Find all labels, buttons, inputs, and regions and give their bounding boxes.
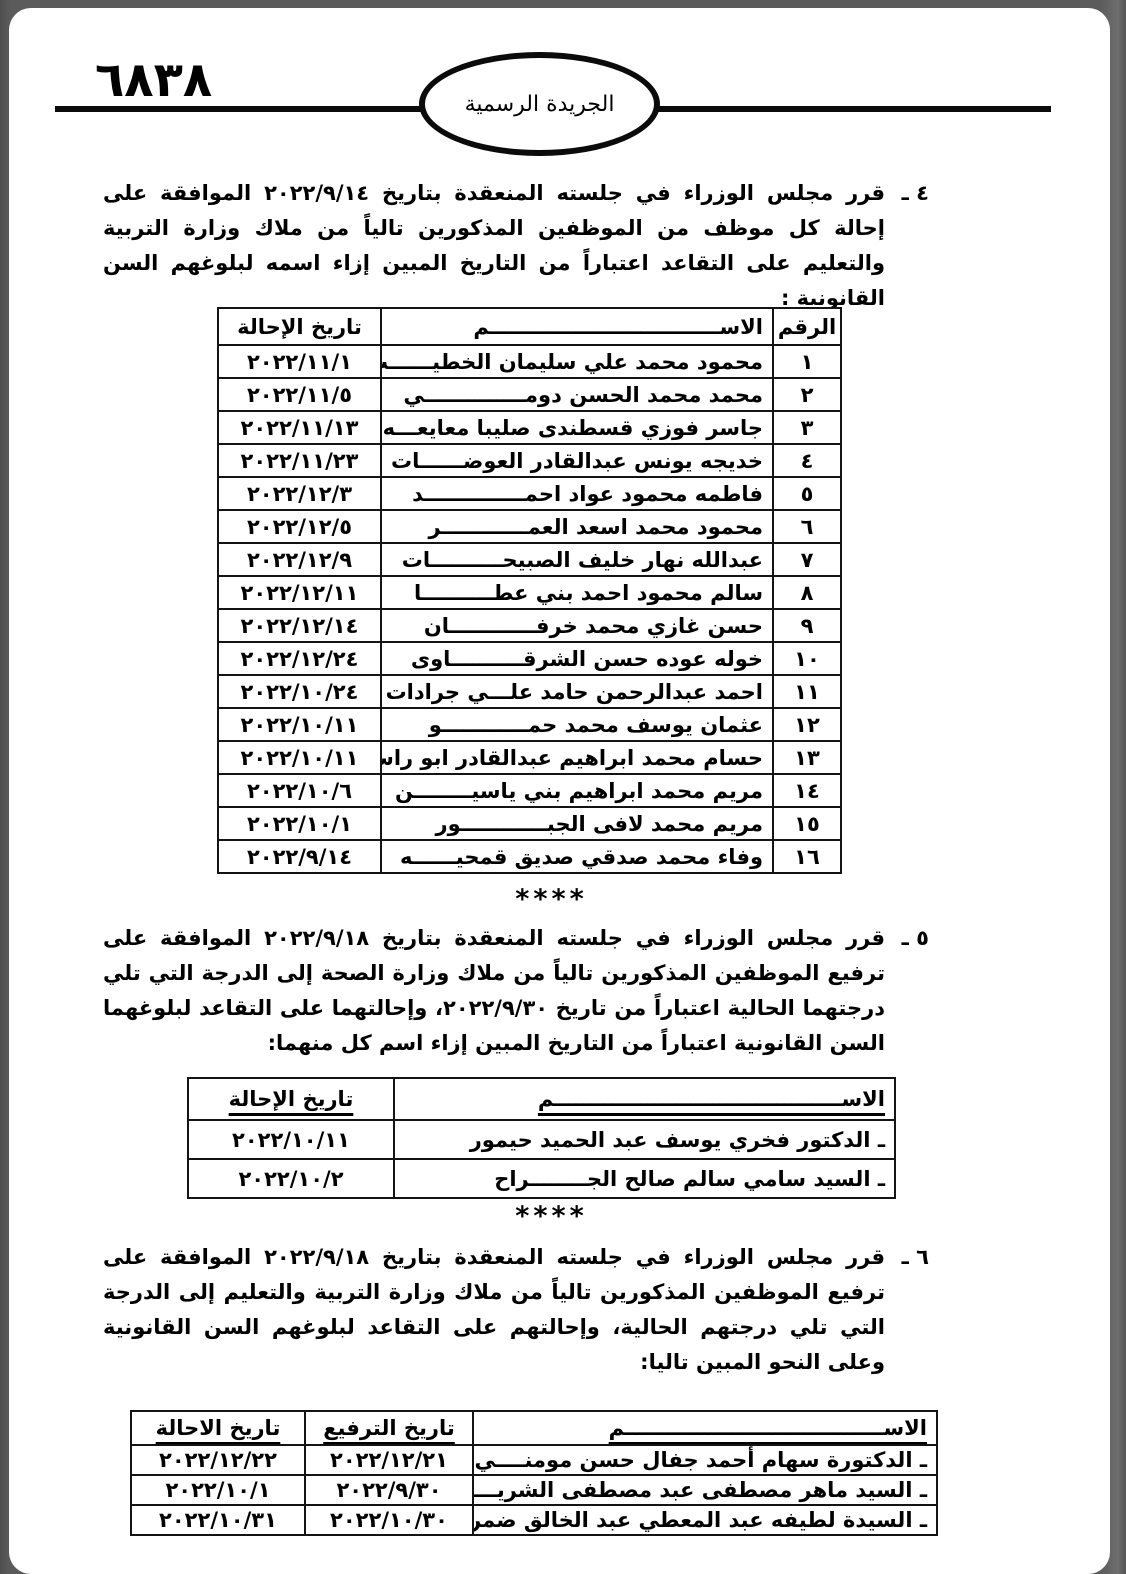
table-cell-num: ١٤ <box>773 774 841 807</box>
table-cell-name: ـ السيد ماهر مصطفى عبد مصطفى الشريــــف <box>473 1475 937 1505</box>
table-cell-num: ٨ <box>773 576 841 609</box>
column-header-referral-date: تاريخ الإحالة <box>188 1078 394 1120</box>
education-table-header-row: الاســــــــــــــــــــــــــــــــــــ… <box>131 1411 937 1445</box>
section-separator-stars: **** <box>9 1201 1094 1232</box>
table-cell-name: مريم محمد ابراهيم بني ياسيــــــــن <box>381 774 773 807</box>
decree-6-number: ٦ ـ <box>891 1240 929 1380</box>
decree-4: ٤ ـ قرر مجلس الوزراء في جلسته المنعقدة ب… <box>103 176 929 316</box>
column-header-referral-date: تاريخ الإحالة <box>218 308 381 345</box>
gazette-title-ellipse: الجريدة الرسمية <box>419 52 660 156</box>
table-cell-name: محمود محمد علي سليمان الخطيــــــب <box>381 345 773 378</box>
table-cell-name: وفاء محمد صدقي صديق قمحيــــــه <box>381 840 773 873</box>
table-cell-num: ٣ <box>773 411 841 444</box>
table-cell-date: ٢٠٢٢/١١/٥ <box>218 378 381 411</box>
table-row: ٢محمد محمد الحسن دومــــــــــــــي٢٠٢٢/… <box>218 378 841 411</box>
table-row: ١٢عثمان يوسف محمد حمــــــــــــو٢٠٢٢/١٠… <box>218 708 841 741</box>
table-cell-num: ١٠ <box>773 642 841 675</box>
retirement-table: الرقم الاســــــــــــــــــــــــــــــ… <box>217 307 842 874</box>
table-row: ٩حسن غازي محمد خرفــــــــــــان٢٠٢٢/١٢/… <box>218 609 841 642</box>
table-cell-promo: ٢٠٢٢/١٠/٣٠ <box>305 1505 473 1535</box>
table-cell-date: ٢٠٢٢/١٢/١١ <box>218 576 381 609</box>
table-cell-num: ٦ <box>773 510 841 543</box>
table-cell-ref: ٢٠٢٢/١٠/١ <box>131 1475 305 1505</box>
column-header-number: الرقم <box>773 308 841 345</box>
table-row: ٧عبدالله نهار خليف الصبيحــــــــــات٢٠٢… <box>218 543 841 576</box>
education-promotion-table: الاســــــــــــــــــــــــــــــــــــ… <box>130 1410 938 1536</box>
table-row: ١محمود محمد علي سليمان الخطيــــــب٢٠٢٢/… <box>218 345 841 378</box>
health-promotion-table: الاســــــــــــــــــــــــــــــــــــ… <box>187 1077 896 1199</box>
table-cell-name: سالم محمود احمد بني عطــــــــــا <box>381 576 773 609</box>
retirement-table-header-row: الرقم الاســــــــــــــــــــــــــــــ… <box>218 308 841 345</box>
health-table-body: ـ الدكتور فخري يوسف عبد الحميد حيمور٢٠٢٢… <box>188 1120 895 1198</box>
table-row: ١٤مريم محمد ابراهيم بني ياسيــــــــن٢٠٢… <box>218 774 841 807</box>
table-cell-date: ٢٠٢٢/١١/٢٣ <box>218 444 381 477</box>
table-row: ٦محمود محمد اسعد العمــــــــــــر٢٠٢٢/١… <box>218 510 841 543</box>
table-row: ١٥مريم محمد لافى الجبــــــــــــور٢٠٢٢/… <box>218 807 841 840</box>
column-header-referral-date: تاريخ الاحالة <box>131 1411 305 1445</box>
table-cell-name: فاطمه محمود عواد احمــــــــــــــد <box>381 477 773 510</box>
table-cell-num: ٥ <box>773 477 841 510</box>
table-cell-date: ٢٠٢٢/١٢/٣ <box>218 477 381 510</box>
table-cell-date: ٢٠٢٢/١١/١ <box>218 345 381 378</box>
table-cell-ref: ٢٠٢٢/١٢/٢٢ <box>131 1445 305 1475</box>
table-cell-date: ٢٠٢٢/٩/١٤ <box>218 840 381 873</box>
table-cell-name: ـ السيدة لطيفه عبد المعطي عبد الخالق ضمر… <box>473 1505 937 1535</box>
table-cell-num: ٤ <box>773 444 841 477</box>
decree-4-number: ٤ ـ <box>891 176 929 316</box>
table-row: ١٠خوله عوده حسن الشرقــــــــــاوى٢٠٢٢/١… <box>218 642 841 675</box>
table-cell-num: ١٦ <box>773 840 841 873</box>
table-row: ٤خديجه يونس عبدالقادر العوضــــــات٢٠٢٢/… <box>218 444 841 477</box>
table-cell-ref: ٢٠٢٢/١٠/٣١ <box>131 1505 305 1535</box>
decree-6: ٦ ـ قرر مجلس الوزراء في جلسته المنعقدة ب… <box>103 1240 929 1380</box>
table-cell-promo: ٢٠٢٢/١٢/٢١ <box>305 1445 473 1475</box>
table-cell-name: خوله عوده حسن الشرقــــــــــاوى <box>381 642 773 675</box>
table-row: ١٣حسام محمد ابراهيم عبدالقادر ابو راس٢٠٢… <box>218 741 841 774</box>
table-row: ـ السيد سامي سالم صالح الجــــــــراح٢٠٢… <box>188 1159 895 1198</box>
table-row: ـ الدكتور فخري يوسف عبد الحميد حيمور٢٠٢٢… <box>188 1120 895 1159</box>
decree-4-text: قرر مجلس الوزراء في جلسته المنعقدة بتاري… <box>103 176 885 316</box>
decree-6-text: قرر مجلس الوزراء في جلسته المنعقدة بتاري… <box>103 1240 885 1380</box>
table-cell-num: ١٢ <box>773 708 841 741</box>
table-cell-name: حسن غازي محمد خرفــــــــــــان <box>381 609 773 642</box>
table-cell-name: مريم محمد لافى الجبــــــــــــور <box>381 807 773 840</box>
table-cell-name: احمد عبدالرحمن حامد علـــي جرادات <box>381 675 773 708</box>
table-cell-name: خديجه يونس عبدالقادر العوضــــــات <box>381 444 773 477</box>
table-cell-num: ١١ <box>773 675 841 708</box>
decree-5-text: قرر مجلس الوزراء في جلسته المنعقدة بتاري… <box>103 921 885 1061</box>
table-cell-date: ٢٠٢٢/١٠/١١ <box>218 741 381 774</box>
health-table-header-row: الاســــــــــــــــــــــــــــــــــــ… <box>188 1078 895 1120</box>
section-separator-stars: **** <box>9 884 1094 915</box>
table-row: ـ السيد ماهر مصطفى عبد مصطفى الشريــــف٢… <box>131 1475 937 1505</box>
table-row: ٥فاطمه محمود عواد احمــــــــــــــد٢٠٢٢… <box>218 477 841 510</box>
table-cell-num: ١٣ <box>773 741 841 774</box>
table-cell-name: ـ الدكتورة سهام أحمد جفال حسن مومنــــي <box>473 1445 937 1475</box>
table-row: ١١احمد عبدالرحمن حامد علـــي جرادات٢٠٢٢/… <box>218 675 841 708</box>
education-table-body: ـ الدكتورة سهام أحمد جفال حسن مومنــــي٢… <box>131 1445 937 1535</box>
table-cell-date: ٢٠٢٢/١٢/٢٤ <box>218 642 381 675</box>
table-cell-date: ٢٠٢٢/١٠/٢ <box>188 1159 394 1198</box>
column-header-promotion-date: تاريخ الترفيع <box>305 1411 473 1445</box>
table-row: ٨سالم محمود احمد بني عطــــــــــا٢٠٢٢/١… <box>218 576 841 609</box>
table-cell-num: ١٥ <box>773 807 841 840</box>
decree-5-number: ٥ ـ <box>891 921 929 1061</box>
table-cell-date: ٢٠٢٢/١٢/١٤ <box>218 609 381 642</box>
table-cell-date: ٢٠٢٢/١٢/٩ <box>218 543 381 576</box>
table-cell-name: محمود محمد اسعد العمــــــــــــر <box>381 510 773 543</box>
table-row: ٣جاسر فوزي قسطندى صليبا معايعـــه٢٠٢٢/١١… <box>218 411 841 444</box>
table-cell-date: ٢٠٢٢/١٠/١١ <box>188 1120 394 1159</box>
table-cell-num: ٢ <box>773 378 841 411</box>
table-cell-name: عبدالله نهار خليف الصبيحــــــــــات <box>381 543 773 576</box>
table-cell-name: جاسر فوزي قسطندى صليبا معايعـــه <box>381 411 773 444</box>
table-cell-name: حسام محمد ابراهيم عبدالقادر ابو راس <box>381 741 773 774</box>
column-header-name: الاســــــــــــــــــــــــــــــــــــ… <box>394 1078 895 1120</box>
column-header-name: الاســــــــــــــــــــــــــــــــم <box>381 308 773 345</box>
table-cell-name: ـ الدكتور فخري يوسف عبد الحميد حيمور <box>394 1120 895 1159</box>
table-row: ١٦وفاء محمد صدقي صديق قمحيــــــه٢٠٢٢/٩/… <box>218 840 841 873</box>
table-cell-date: ٢٠٢٢/١١/١٣ <box>218 411 381 444</box>
table-cell-date: ٢٠٢٢/١٠/١ <box>218 807 381 840</box>
table-cell-num: ٩ <box>773 609 841 642</box>
retirement-table-body: ١محمود محمد علي سليمان الخطيــــــب٢٠٢٢/… <box>218 345 841 873</box>
column-header-name: الاســــــــــــــــــــــــــــــــــــ… <box>473 1411 937 1445</box>
table-row: ـ السيدة لطيفه عبد المعطي عبد الخالق ضمر… <box>131 1505 937 1535</box>
table-cell-date: ٢٠٢٢/١٢/٥ <box>218 510 381 543</box>
table-cell-date: ٢٠٢٢/١٠/١١ <box>218 708 381 741</box>
table-cell-name: ـ السيد سامي سالم صالح الجــــــــراح <box>394 1159 895 1198</box>
gazette-page: ٦٨٣٨ الجريدة الرسمية ٤ ـ قرر مجلس الوزرا… <box>9 8 1110 1574</box>
table-cell-date: ٢٠٢٢/١٠/٢٤ <box>218 675 381 708</box>
gazette-title: الجريدة الرسمية <box>465 92 615 117</box>
table-row: ـ الدكتورة سهام أحمد جفال حسن مومنــــي٢… <box>131 1445 937 1475</box>
page-number: ٦٨٣٨ <box>95 52 212 108</box>
table-cell-date: ٢٠٢٢/١٠/٦ <box>218 774 381 807</box>
table-cell-name: عثمان يوسف محمد حمــــــــــــو <box>381 708 773 741</box>
table-cell-num: ٧ <box>773 543 841 576</box>
table-cell-promo: ٢٠٢٢/٩/٣٠ <box>305 1475 473 1505</box>
table-cell-num: ١ <box>773 345 841 378</box>
table-cell-name: محمد محمد الحسن دومــــــــــــــي <box>381 378 773 411</box>
decree-5: ٥ ـ قرر مجلس الوزراء في جلسته المنعقدة ب… <box>103 921 929 1061</box>
